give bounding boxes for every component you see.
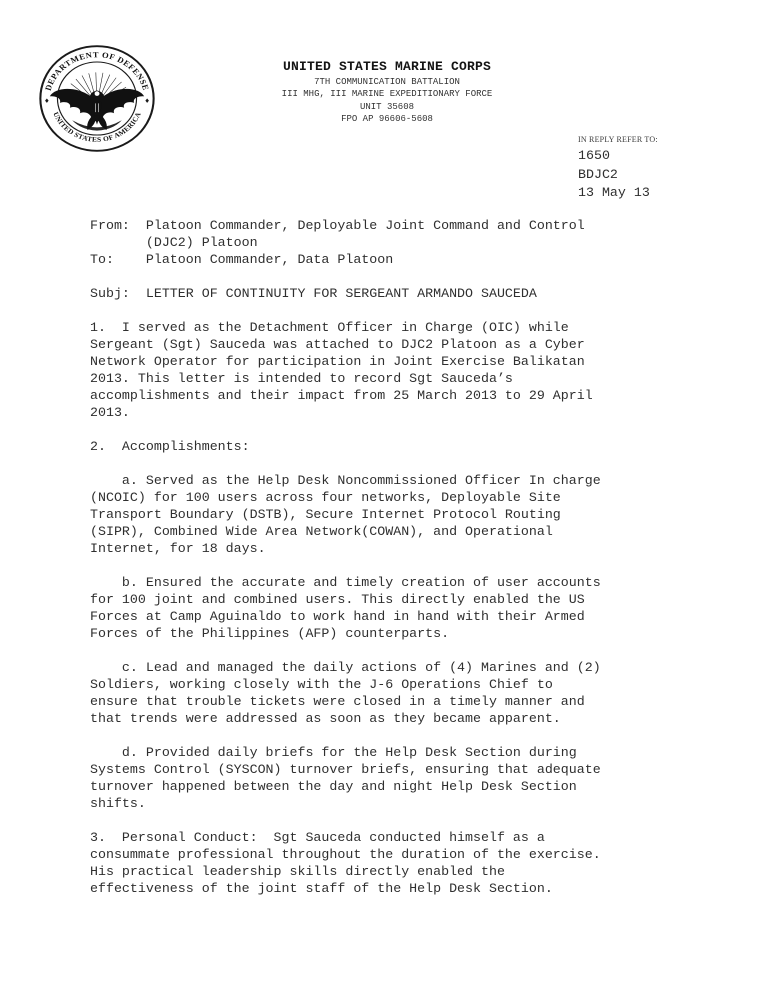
letterhead-title: UNITED STATES MARINE CORPS (212, 59, 562, 75)
reply-ssic: 1650 (578, 147, 658, 166)
reply-block: IN REPLY REFER TO: 1650 BDJC2 13 May 13 (578, 135, 658, 203)
letter-body: From: Platoon Commander, Deployable Join… (90, 217, 601, 897)
letterhead: UNITED STATES MARINE CORPS 7TH COMMUNICA… (212, 59, 562, 126)
reply-code: BDJC2 (578, 166, 658, 185)
letterhead-line-force: III MHG, III MARINE EXPEDITIONARY FORCE (212, 88, 562, 100)
reply-label: IN REPLY REFER TO: (578, 135, 658, 145)
reply-date: 13 May 13 (578, 184, 658, 203)
letterhead-line-battalion: 7TH COMMUNICATION BATTALION (212, 76, 562, 88)
letterhead-line-unit: UNIT 35608 (212, 101, 562, 113)
letterhead-line-fpo: FPO AP 96606-5608 (212, 113, 562, 125)
dod-seal: DEPARTMENT OF DEFENSE UNITED STATES OF A… (38, 44, 156, 153)
letter-document-page: DEPARTMENT OF DEFENSE UNITED STATES OF A… (0, 0, 768, 994)
dod-seal-graphic: DEPARTMENT OF DEFENSE UNITED STATES OF A… (38, 44, 156, 153)
